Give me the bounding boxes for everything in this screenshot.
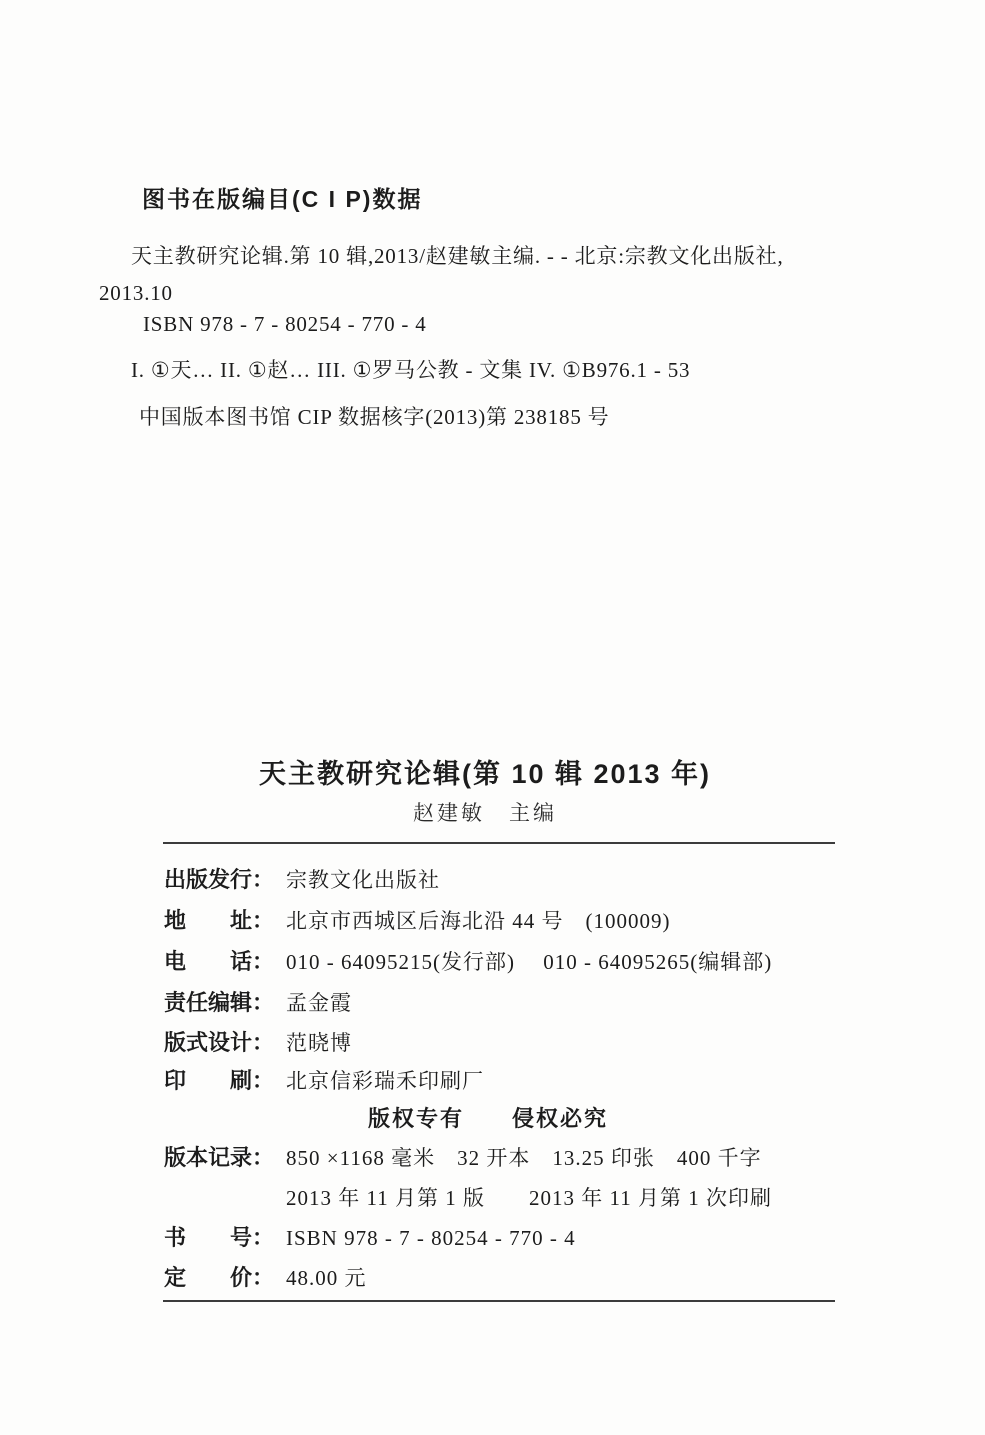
colophon-row-edition-record: 版本记录：850 ×1168 毫米 32 开本 13.25 印张 400 千字	[164, 1141, 762, 1172]
printer-label: 印 刷：	[164, 1064, 286, 1095]
colophon-row-printer: 印 刷：北京信彩瑞禾印刷厂	[164, 1064, 484, 1095]
cip-description-line1: 天主教研究论辑.第 10 辑,2013/赵建敏主编. - - 北京:宗教文化出版…	[131, 240, 784, 270]
responsible-editor-value: 孟金霞	[286, 991, 352, 1015]
price-label: 定 价：	[164, 1261, 286, 1292]
colophon-row-phone: 电 话：010 - 64095215(发行部) 010 - 64095265(编…	[164, 945, 772, 976]
publisher-value: 宗教文化出版社	[286, 868, 440, 892]
book-number-value: ISBN 978 - 7 - 80254 - 770 - 4	[286, 1226, 576, 1250]
cip-description-line2: 2013.10	[99, 281, 173, 306]
divider-bottom	[163, 1300, 835, 1302]
responsible-editor-label: 责任编辑：	[164, 986, 286, 1017]
book-number-label: 书 号：	[164, 1221, 286, 1252]
printer-value: 北京信彩瑞禾印刷厂	[286, 1069, 484, 1093]
copyright-notice: 版权专有 侵权必究	[368, 1102, 608, 1133]
price-value: 48.00 元	[286, 1266, 367, 1290]
divider-top	[163, 842, 835, 844]
address-value: 北京市西城区后海北沿 44 号 (100009)	[286, 909, 671, 933]
edition-printing-value: 2013 年 11 月第 1 版 2013 年 11 月第 1 次印刷	[286, 1186, 772, 1210]
colophon-row-edition-printing: 2013 年 11 月第 1 版 2013 年 11 月第 1 次印刷	[164, 1182, 772, 1212]
cip-classification-line: I. ①天… II. ①赵… III. ①罗马公教 - 文集 IV. ①B976…	[131, 354, 690, 384]
publisher-label: 出版发行：	[164, 863, 286, 894]
colophon-row-responsible-editor: 责任编辑：孟金霞	[164, 986, 352, 1017]
colophon-row-price: 定 价：48.00 元	[164, 1261, 367, 1292]
colophon-row-layout-design: 版式设计：范晓博	[164, 1026, 352, 1057]
layout-design-label: 版式设计：	[164, 1026, 286, 1057]
cip-heading: 图书在版编目(C I P)数据	[142, 181, 422, 214]
edition-record-value: 850 ×1168 毫米 32 开本 13.25 印张 400 千字	[286, 1146, 762, 1170]
phone-value: 010 - 64095215(发行部) 010 - 64095265(编辑部)	[286, 950, 772, 974]
address-label: 地 址：	[164, 904, 286, 935]
cip-isbn-line: ISBN 978 - 7 - 80254 - 770 - 4	[143, 312, 427, 337]
book-editor: 赵建敏 主编	[0, 797, 970, 827]
book-title: 天主教研究论辑(第 10 辑 2013 年)	[0, 752, 970, 791]
cip-record-number-line: 中国版本图书馆 CIP 数据核字(2013)第 238185 号	[139, 401, 610, 431]
colophon-row-publisher: 出版发行：宗教文化出版社	[164, 863, 440, 894]
edition-record-label: 版本记录：	[164, 1141, 286, 1172]
layout-design-value: 范晓博	[286, 1031, 352, 1055]
copyright-page: 图书在版编目(C I P)数据 天主教研究论辑.第 10 辑,2013/赵建敏主…	[0, 0, 985, 1435]
colophon-row-address: 地 址：北京市西城区后海北沿 44 号 (100009)	[164, 904, 671, 935]
phone-label: 电 话：	[164, 945, 286, 976]
colophon-row-book-number: 书 号：ISBN 978 - 7 - 80254 - 770 - 4	[164, 1221, 576, 1252]
